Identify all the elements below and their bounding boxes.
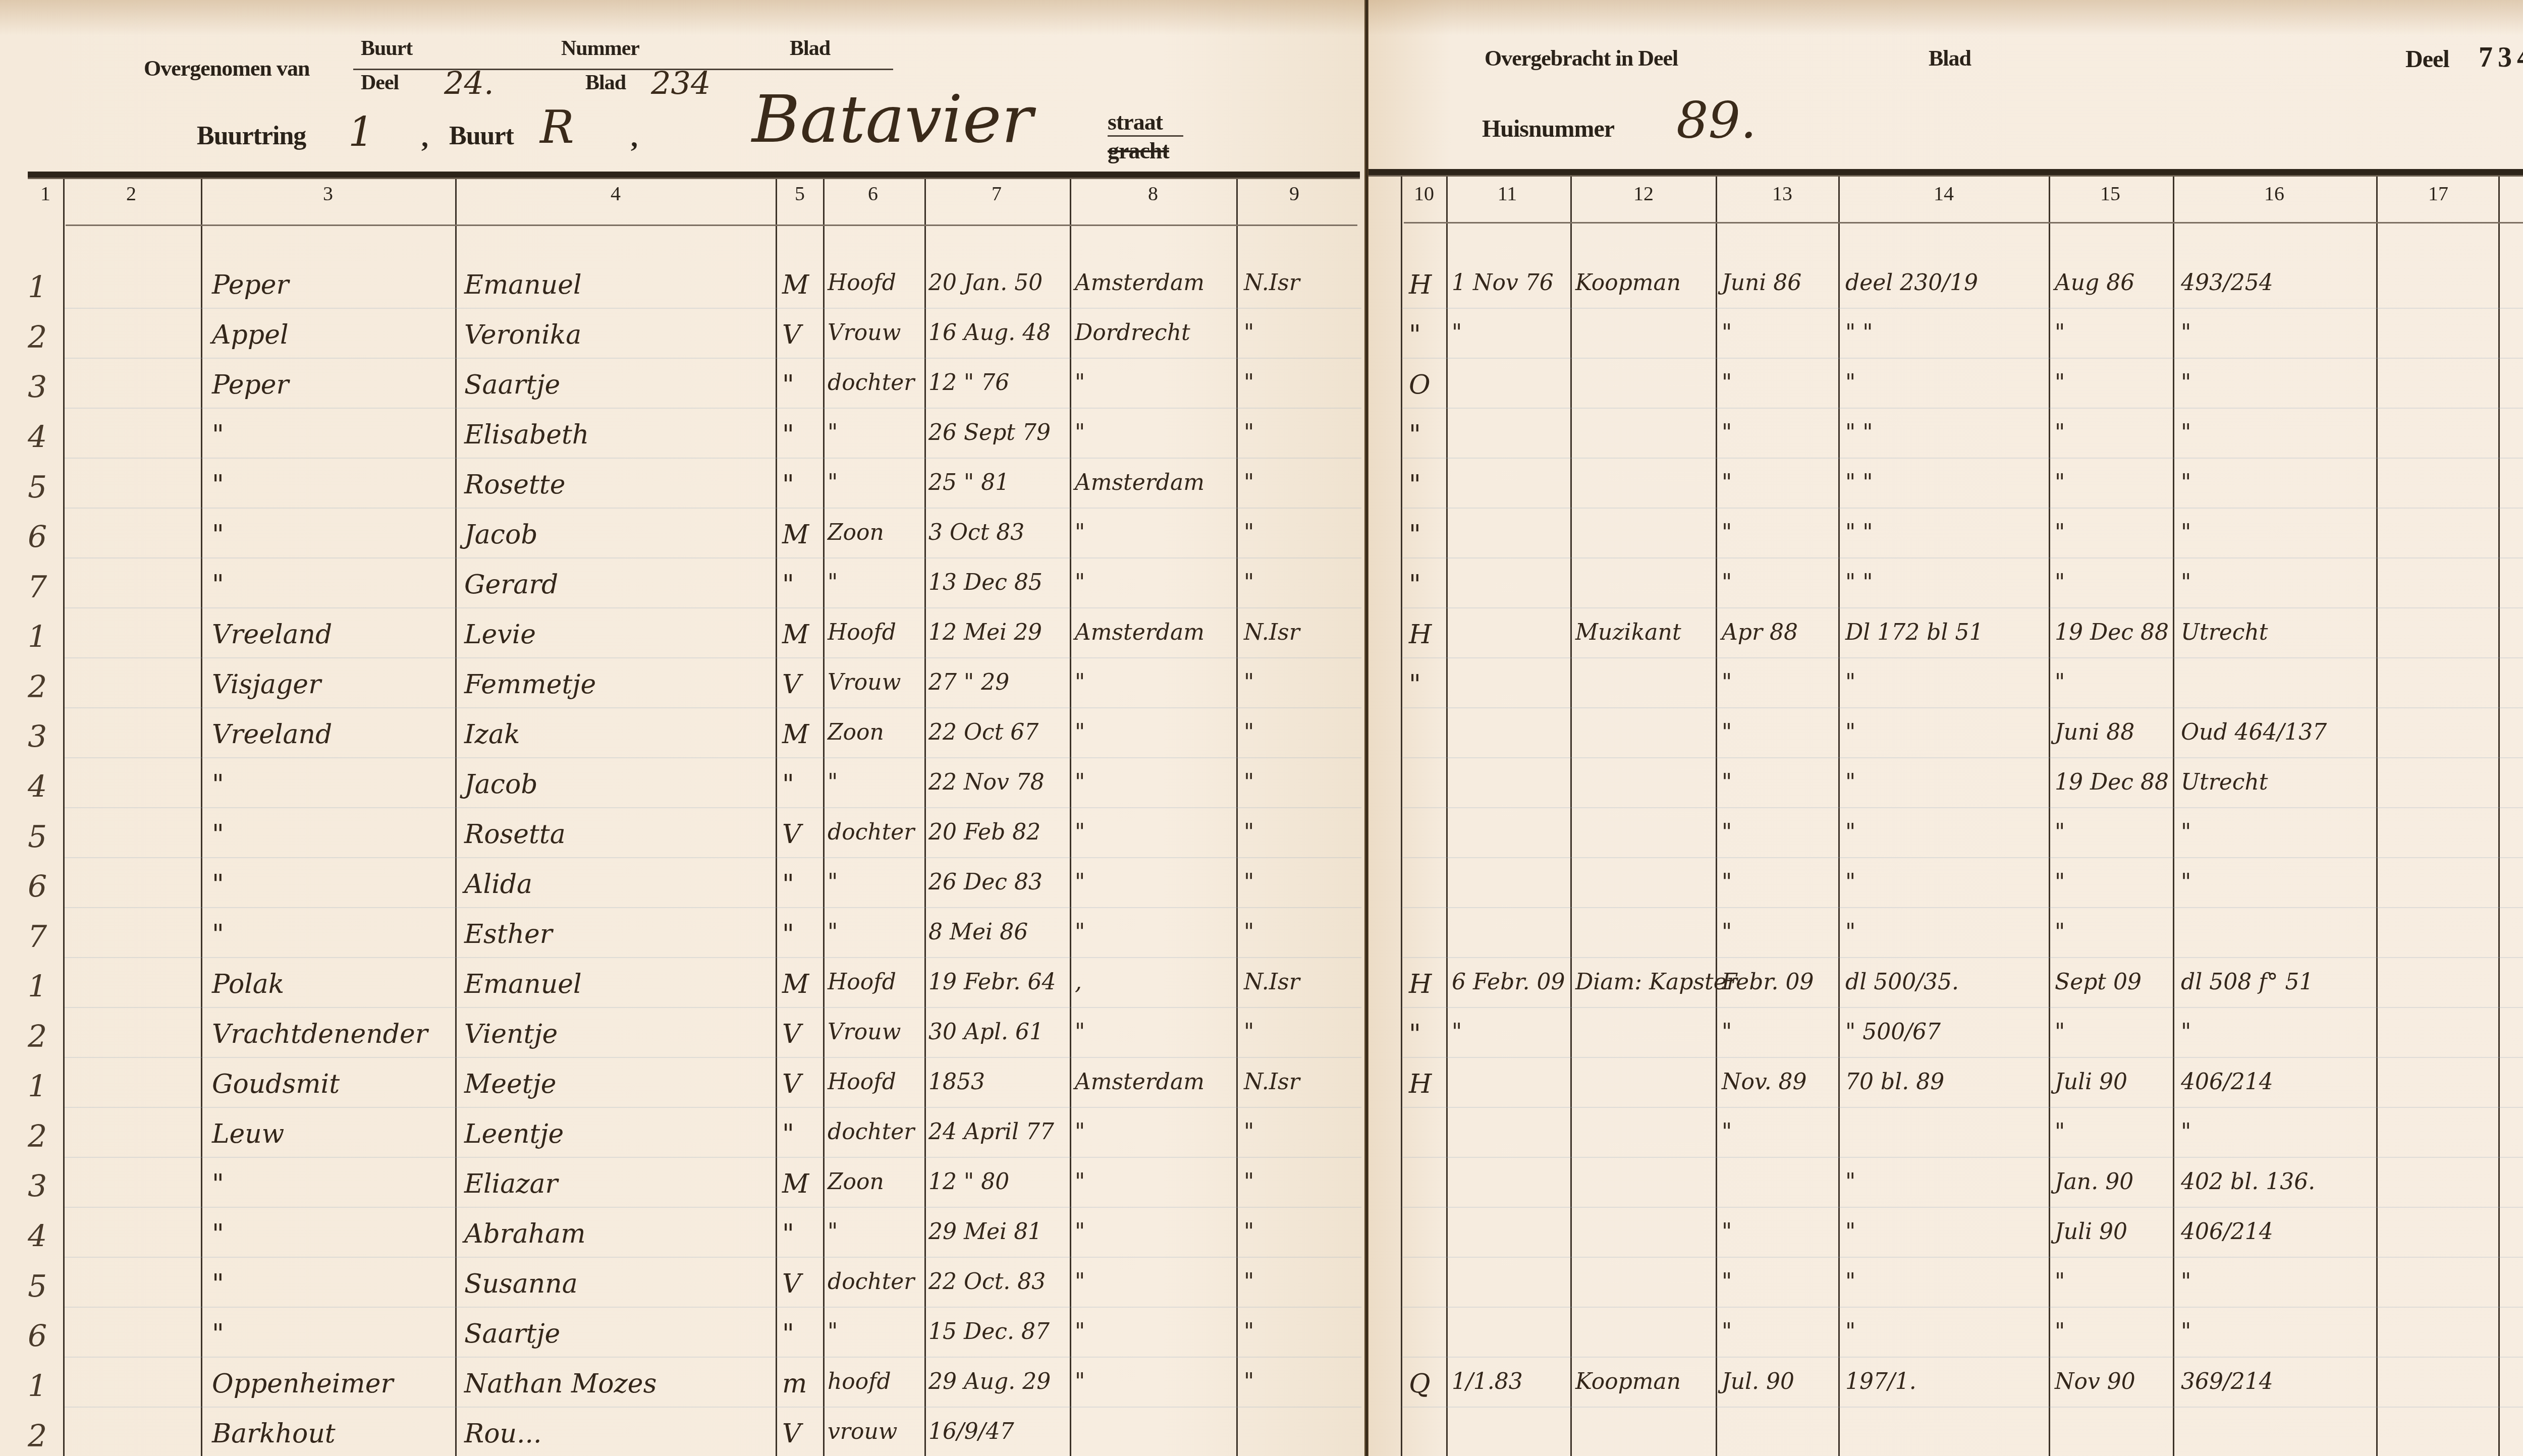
row-rule xyxy=(65,1007,1361,1008)
given-name-cell: Rou... xyxy=(464,1419,542,1449)
col15-cell: " xyxy=(2055,370,2065,396)
surname-cell: " xyxy=(212,570,224,600)
row-rule xyxy=(1402,1357,2523,1358)
buurt-top-label: Buurt xyxy=(361,36,412,61)
sex-cell: V xyxy=(782,1069,801,1099)
row-number: 4 xyxy=(28,1219,47,1254)
row-rule xyxy=(65,657,1361,658)
col15-cell: Nov 90 xyxy=(2055,1369,2135,1394)
row-rule xyxy=(65,707,1361,708)
sex-cell: M xyxy=(782,270,809,300)
header-thick-rule xyxy=(1368,169,2523,177)
col13-cell: " xyxy=(1722,570,1732,595)
surname-cell: Peper xyxy=(212,270,289,300)
relation-cell: " xyxy=(828,1219,838,1245)
col15-cell: Juli 90 xyxy=(2055,1069,2127,1095)
relation-cell: Hoofd xyxy=(828,270,896,296)
col10-cell: " xyxy=(1409,520,1421,550)
relation-cell: " xyxy=(828,769,838,795)
birthplace-cell: " xyxy=(1075,420,1085,445)
surname-cell: Oppenheimer xyxy=(212,1369,393,1399)
birthdate-cell: 30 Apl. 61 xyxy=(928,1019,1044,1045)
surname-cell: " xyxy=(212,869,224,900)
col14-cell: deel 230/19 xyxy=(1845,270,1978,296)
relation-cell: Hoofd xyxy=(828,1069,896,1095)
birthplace-cell: " xyxy=(1075,570,1085,595)
row-rule xyxy=(1402,1157,2523,1158)
birthdate-cell: 19 Febr. 64 xyxy=(928,969,1056,995)
row-rule xyxy=(65,857,1361,858)
relation-cell: dochter xyxy=(828,1269,914,1295)
col11-cell: 6 Febr. 09 xyxy=(1452,969,1565,995)
sex-cell: " xyxy=(782,769,794,800)
col-number-5: 5 xyxy=(785,182,815,205)
birthdate-cell: 26 Dec 83 xyxy=(928,869,1043,895)
col15-cell: " xyxy=(2055,1319,2065,1345)
col-number-10: 10 xyxy=(1406,182,1442,205)
surname-cell: Polak xyxy=(212,969,284,999)
blad-top-label: Blad xyxy=(790,36,830,61)
surname-cell: Vreeland xyxy=(212,620,332,650)
occupation-cell: Diam: Kapster xyxy=(1575,969,1737,995)
col14-cell: " xyxy=(1845,819,1855,845)
birthplace-cell: " xyxy=(1075,1019,1085,1045)
birthplace-cell: " xyxy=(1075,1269,1085,1295)
religion-cell: " xyxy=(1244,669,1254,695)
surname-cell: " xyxy=(212,1219,224,1249)
row-rule xyxy=(1402,1257,2523,1258)
header-divider xyxy=(353,69,893,70)
blad-value: 234 xyxy=(651,65,710,101)
gracht-label: gracht xyxy=(1108,137,1169,164)
col14-cell: 197/1. xyxy=(1845,1369,1916,1394)
col15-cell: " xyxy=(2055,919,2065,945)
sex-cell: V xyxy=(782,1269,801,1299)
given-name-cell: Femmetje xyxy=(464,669,596,700)
row-rule xyxy=(1402,358,2523,359)
col15-cell: " xyxy=(2055,1119,2065,1145)
col-number-6: 6 xyxy=(858,182,888,205)
surname-cell: " xyxy=(212,1169,224,1199)
relation-cell: Zoon xyxy=(828,719,884,745)
row-rule xyxy=(1402,557,2523,558)
col-number-12: 12 xyxy=(1626,182,1661,205)
header-thick-rule xyxy=(28,172,1360,179)
col-divider xyxy=(201,179,202,1456)
col13-cell: " xyxy=(1722,1219,1732,1245)
row-rule xyxy=(65,807,1361,808)
row-rule xyxy=(65,557,1361,558)
religion-cell: " xyxy=(1244,1169,1254,1195)
row-rule xyxy=(1402,907,2523,908)
row-rule xyxy=(65,1207,1361,1208)
col13-cell: " xyxy=(1722,669,1732,695)
row-rule xyxy=(65,458,1361,459)
birthdate-cell: 15 Dec. 87 xyxy=(928,1319,1050,1345)
deel-value-right: 734 xyxy=(2479,41,2523,74)
birthdate-cell: 25 " 81 xyxy=(928,470,1009,495)
overgebracht-label: Overgebracht in Deel xyxy=(1485,45,1678,71)
row-number: 7 xyxy=(28,570,47,605)
birthplace-cell: " xyxy=(1075,1119,1085,1145)
col-number-2: 2 xyxy=(116,182,146,205)
surname-cell: Leuw xyxy=(212,1119,284,1149)
relation-cell: Zoon xyxy=(828,1169,884,1195)
col14-cell: " xyxy=(1845,919,1855,945)
row-rule xyxy=(65,607,1361,608)
given-name-cell: Abraham xyxy=(464,1219,586,1249)
birthplace-cell: " xyxy=(1075,1319,1085,1345)
col-divider xyxy=(1236,179,1238,1456)
sex-cell: " xyxy=(782,869,794,900)
row-number: 2 xyxy=(28,1019,47,1054)
surname-cell: Appel xyxy=(212,320,289,350)
col16-cell: " xyxy=(2181,320,2191,346)
col-divider xyxy=(2049,177,2050,1456)
col14-cell: " " xyxy=(1845,320,1873,346)
row-number: 2 xyxy=(28,320,47,355)
col10-cell: " xyxy=(1409,570,1421,600)
row-rule xyxy=(1402,1407,2523,1408)
col-number-3: 3 xyxy=(313,182,343,205)
col13-cell: Apr 88 xyxy=(1722,620,1798,645)
row-rule xyxy=(1402,1107,2523,1108)
col14-cell: " " xyxy=(1845,520,1873,545)
given-name-cell: Eliazar xyxy=(464,1169,558,1199)
given-name-cell: Leentje xyxy=(464,1119,564,1149)
surname-cell: " xyxy=(212,819,224,850)
relation-cell: dochter xyxy=(828,370,914,396)
occupation-cell: Koopman xyxy=(1575,270,1681,296)
row-rule xyxy=(65,358,1361,359)
huisnummer-value: 89. xyxy=(1676,91,1757,150)
col15-cell: " xyxy=(2055,320,2065,346)
religion-cell: " xyxy=(1244,520,1254,545)
row-rule xyxy=(1402,458,2523,459)
row-rule xyxy=(1402,1207,2523,1208)
birthdate-cell: 27 " 29 xyxy=(928,669,1009,695)
sex-cell: " xyxy=(782,1119,794,1149)
col15-cell: Jan. 90 xyxy=(2055,1169,2133,1195)
col13-cell: Nov. 89 xyxy=(1722,1069,1807,1095)
birthdate-cell: 1853 xyxy=(928,1069,985,1095)
col16-cell: " xyxy=(2181,370,2191,396)
col15-cell: " xyxy=(2055,470,2065,495)
religion-cell: " xyxy=(1244,370,1254,396)
right-page: Overgebracht in Deel Blad Huisnummer 89.… xyxy=(1368,0,2523,1456)
birthplace-cell: Dordrecht xyxy=(1075,320,1190,346)
row-number: 4 xyxy=(28,769,47,805)
straat-gracht-divider xyxy=(1108,135,1183,137)
col14-cell: " 500/67 xyxy=(1845,1019,1941,1045)
comma-1: , xyxy=(421,121,428,153)
col-number-7: 7 xyxy=(981,182,1012,205)
col10-cell: " xyxy=(1409,420,1421,450)
col16-cell: " xyxy=(2181,1119,2191,1145)
col-divider xyxy=(63,179,65,1456)
birthplace-cell: " xyxy=(1075,1169,1085,1195)
relation-cell: " xyxy=(828,1319,838,1345)
sex-cell: V xyxy=(782,1419,801,1449)
relation-cell: Zoon xyxy=(828,520,884,545)
religion-cell: " xyxy=(1244,1219,1254,1245)
col15-cell: " xyxy=(2055,570,2065,595)
col11-cell: 1/1.83 xyxy=(1452,1369,1523,1394)
col16-cell: dl 508 f° 51 xyxy=(2181,969,2313,995)
col14-cell: " xyxy=(1845,669,1855,695)
col-number-8: 8 xyxy=(1138,182,1168,205)
col-divider xyxy=(1446,177,1448,1456)
right-blad-label: Blad xyxy=(1929,45,1971,71)
col16-cell: 406/214 xyxy=(2181,1069,2273,1095)
birthplace-cell: " xyxy=(1075,719,1085,745)
col13-cell: " xyxy=(1722,1019,1732,1045)
col10-cell: " xyxy=(1409,470,1421,500)
birthplace-cell: " xyxy=(1075,1219,1085,1245)
col13-cell: Jul. 90 xyxy=(1722,1369,1794,1394)
row-number: 1 xyxy=(28,969,47,1004)
row-rule xyxy=(1402,957,2523,958)
row-number: 4 xyxy=(28,420,47,455)
given-name-cell: Izak xyxy=(464,719,520,750)
relation-cell: Vrouw xyxy=(828,1019,901,1045)
col14-cell: " " xyxy=(1845,420,1873,445)
col13-cell: " xyxy=(1722,919,1732,945)
given-name-cell: Saartje xyxy=(464,1319,560,1349)
sex-cell: V xyxy=(782,1019,801,1049)
top-stain xyxy=(1368,0,2523,35)
sex-cell: M xyxy=(782,969,809,999)
occupation-cell: Muzikant xyxy=(1575,620,1681,645)
given-name-cell: Rosetta xyxy=(464,819,566,850)
col15-cell: 19 Dec 88 xyxy=(2055,620,2169,645)
row-rule xyxy=(65,1357,1361,1358)
col-number-11: 11 xyxy=(1490,182,1525,205)
row-rule xyxy=(1402,1057,2523,1058)
col14-cell: " " xyxy=(1845,570,1873,595)
col16-cell: " xyxy=(2181,470,2191,495)
row-rule xyxy=(1402,308,2523,309)
row-rule xyxy=(65,757,1361,758)
surname-cell: Vreeland xyxy=(212,719,332,750)
col16-cell: Utrecht xyxy=(2181,620,2268,645)
col-number-4: 4 xyxy=(600,182,631,205)
row-rule xyxy=(1402,508,2523,509)
col16-cell: 493/254 xyxy=(2181,270,2273,296)
col-divider xyxy=(2498,177,2500,1456)
col14-cell: " xyxy=(1845,1269,1855,1295)
birthplace-cell: " xyxy=(1075,520,1085,545)
col15-cell: " xyxy=(2055,819,2065,845)
birthdate-cell: 20 Feb 82 xyxy=(928,819,1040,845)
given-name-cell: Elisabeth xyxy=(464,420,589,450)
relation-cell: " xyxy=(828,570,838,595)
sex-cell: M xyxy=(782,620,809,650)
col14-cell: " xyxy=(1845,370,1855,396)
religion-cell: " xyxy=(1244,1019,1254,1045)
row-rule xyxy=(65,1057,1361,1058)
religion-cell: " xyxy=(1244,320,1254,346)
birthdate-cell: 22 Oct 67 xyxy=(928,719,1038,745)
birthplace-cell: Amsterdam xyxy=(1075,620,1204,645)
col16-cell: Utrecht xyxy=(2181,769,2268,795)
relation-cell: dochter xyxy=(828,819,914,845)
birthplace-cell: " xyxy=(1075,669,1085,695)
surname-cell: " xyxy=(212,769,224,800)
row-rule xyxy=(65,308,1361,309)
col16-cell: " xyxy=(2181,819,2191,845)
row-rule xyxy=(65,957,1361,958)
col-divider xyxy=(1070,179,1071,1456)
relation-cell: hoofd xyxy=(828,1369,891,1394)
col-divider xyxy=(455,179,457,1456)
religion-cell: " xyxy=(1244,1269,1254,1295)
given-name-cell: Jacob xyxy=(464,769,538,800)
religion-cell: N.Isr xyxy=(1244,270,1300,296)
blad-label: Blad xyxy=(585,71,626,95)
relation-cell: Hoofd xyxy=(828,620,896,645)
relation-cell: " xyxy=(828,869,838,895)
col-divider xyxy=(823,179,825,1456)
row-rule xyxy=(1402,857,2523,858)
row-rule xyxy=(1402,807,2523,808)
col15-cell: " xyxy=(2055,1019,2065,1045)
relation-cell: Hoofd xyxy=(828,969,896,995)
col10-cell: H xyxy=(1409,969,1432,999)
col16-cell: " xyxy=(2181,1019,2191,1045)
relation-cell: " xyxy=(828,470,838,495)
birthplace-cell: " xyxy=(1075,919,1085,945)
col-divider xyxy=(2376,177,2378,1456)
religion-cell: " xyxy=(1244,1369,1254,1394)
straat-label: straat xyxy=(1108,108,1163,135)
col10-cell: H xyxy=(1409,270,1432,300)
surname-cell: " xyxy=(212,470,224,500)
col11-cell: 1 Nov 76 xyxy=(1452,270,1554,296)
surname-cell: " xyxy=(212,1269,224,1299)
row-rule xyxy=(1402,757,2523,758)
row-rule xyxy=(65,907,1361,908)
col15-cell: 19 Dec 88 xyxy=(2055,769,2169,795)
col-divider xyxy=(1401,177,1402,1456)
col16-cell: 406/214 xyxy=(2181,1219,2273,1245)
sex-cell: V xyxy=(782,669,801,700)
given-name-cell: Alida xyxy=(464,869,532,900)
religion-cell: " xyxy=(1244,769,1254,795)
col11-cell: " xyxy=(1452,320,1462,346)
relation-cell: Vrouw xyxy=(828,669,901,695)
relation-cell: vrouw xyxy=(828,1419,897,1444)
col14-cell: " xyxy=(1845,1219,1855,1245)
col15-cell: " xyxy=(2055,1269,2065,1295)
birthdate-cell: 26 Sept 79 xyxy=(928,420,1051,445)
col13-cell: " xyxy=(1722,320,1732,346)
sex-cell: " xyxy=(782,1319,794,1349)
col16-cell: 402 bl. 136. xyxy=(2181,1169,2315,1195)
birthplace-cell: " xyxy=(1075,819,1085,845)
surname-cell: " xyxy=(212,919,224,949)
sex-cell: " xyxy=(782,370,794,400)
religion-cell: " xyxy=(1244,470,1254,495)
col10-cell: Q xyxy=(1409,1369,1431,1399)
row-rule xyxy=(1402,607,2523,608)
surname-cell: Vrachtdenender xyxy=(212,1019,428,1049)
col-divider xyxy=(1570,177,1572,1456)
col-header-underline xyxy=(1404,222,2523,223)
given-name-cell: Nathan Mozes xyxy=(464,1369,656,1399)
sex-cell: " xyxy=(782,919,794,949)
given-name-cell: Gerard xyxy=(464,570,558,600)
col14-cell: " xyxy=(1845,719,1855,745)
row-rule xyxy=(1402,408,2523,409)
col15-cell: " xyxy=(2055,869,2065,895)
col16-cell: " xyxy=(2181,1269,2191,1295)
col14-cell: " xyxy=(1845,769,1855,795)
religion-cell: " xyxy=(1244,919,1254,945)
col13-cell: " xyxy=(1722,470,1732,495)
row-rule xyxy=(65,1407,1361,1408)
col14-cell: " xyxy=(1845,1169,1855,1195)
col15-cell: Sept 09 xyxy=(2055,969,2142,995)
col10-cell: H xyxy=(1409,620,1432,650)
row-rule xyxy=(65,408,1361,409)
col-divider xyxy=(2173,177,2174,1456)
sex-cell: V xyxy=(782,819,801,850)
row-number: 2 xyxy=(28,669,47,705)
religion-cell: N.Isr xyxy=(1244,1069,1300,1095)
col-divider xyxy=(1716,177,1717,1456)
sex-cell: " xyxy=(782,420,794,450)
col-number-9: 9 xyxy=(1279,182,1309,205)
birthdate-cell: 20 Jan. 50 xyxy=(928,270,1043,296)
deel-label: Deel xyxy=(361,71,399,95)
religion-cell: N.Isr xyxy=(1244,620,1300,645)
row-rule xyxy=(65,1307,1361,1308)
birthplace-cell: Amsterdam xyxy=(1075,1069,1204,1095)
col11-cell: " xyxy=(1452,1019,1462,1045)
sex-cell: M xyxy=(782,520,809,550)
birthdate-cell: 22 Nov 78 xyxy=(928,769,1045,795)
row-rule xyxy=(65,1107,1361,1108)
row-number: 3 xyxy=(28,719,47,755)
nummer-label: Nummer xyxy=(561,36,639,61)
deel-label-right: Deel xyxy=(2405,45,2449,73)
buurtring-label: Buurtring xyxy=(197,121,306,151)
religion-cell: " xyxy=(1244,1319,1254,1345)
birthdate-cell: 29 Mei 81 xyxy=(928,1219,1042,1245)
col-divider xyxy=(1838,177,1840,1456)
relation-cell: " xyxy=(828,919,838,945)
col16-cell: " xyxy=(2181,520,2191,545)
birthplace-cell: , xyxy=(1075,969,1082,995)
row-number: 5 xyxy=(28,470,47,505)
col14-cell: " xyxy=(1845,1319,1855,1345)
col-number-15: 15 xyxy=(2093,182,2128,205)
col14-cell: dl 500/35. xyxy=(1845,969,1959,995)
sex-cell: M xyxy=(782,1169,809,1199)
row-number: 1 xyxy=(28,1069,47,1104)
given-name-cell: Vientje xyxy=(464,1019,558,1049)
birthdate-cell: 22 Oct. 83 xyxy=(928,1269,1046,1295)
birthplace-cell: " xyxy=(1075,370,1085,396)
religion-cell: " xyxy=(1244,570,1254,595)
col13-cell: " xyxy=(1722,420,1732,445)
given-name-cell: Veronika xyxy=(464,320,581,350)
col-divider xyxy=(776,179,777,1456)
surname-cell: Peper xyxy=(212,370,289,400)
relation-cell: dochter xyxy=(828,1119,914,1145)
col15-cell: Juli 90 xyxy=(2055,1219,2127,1245)
